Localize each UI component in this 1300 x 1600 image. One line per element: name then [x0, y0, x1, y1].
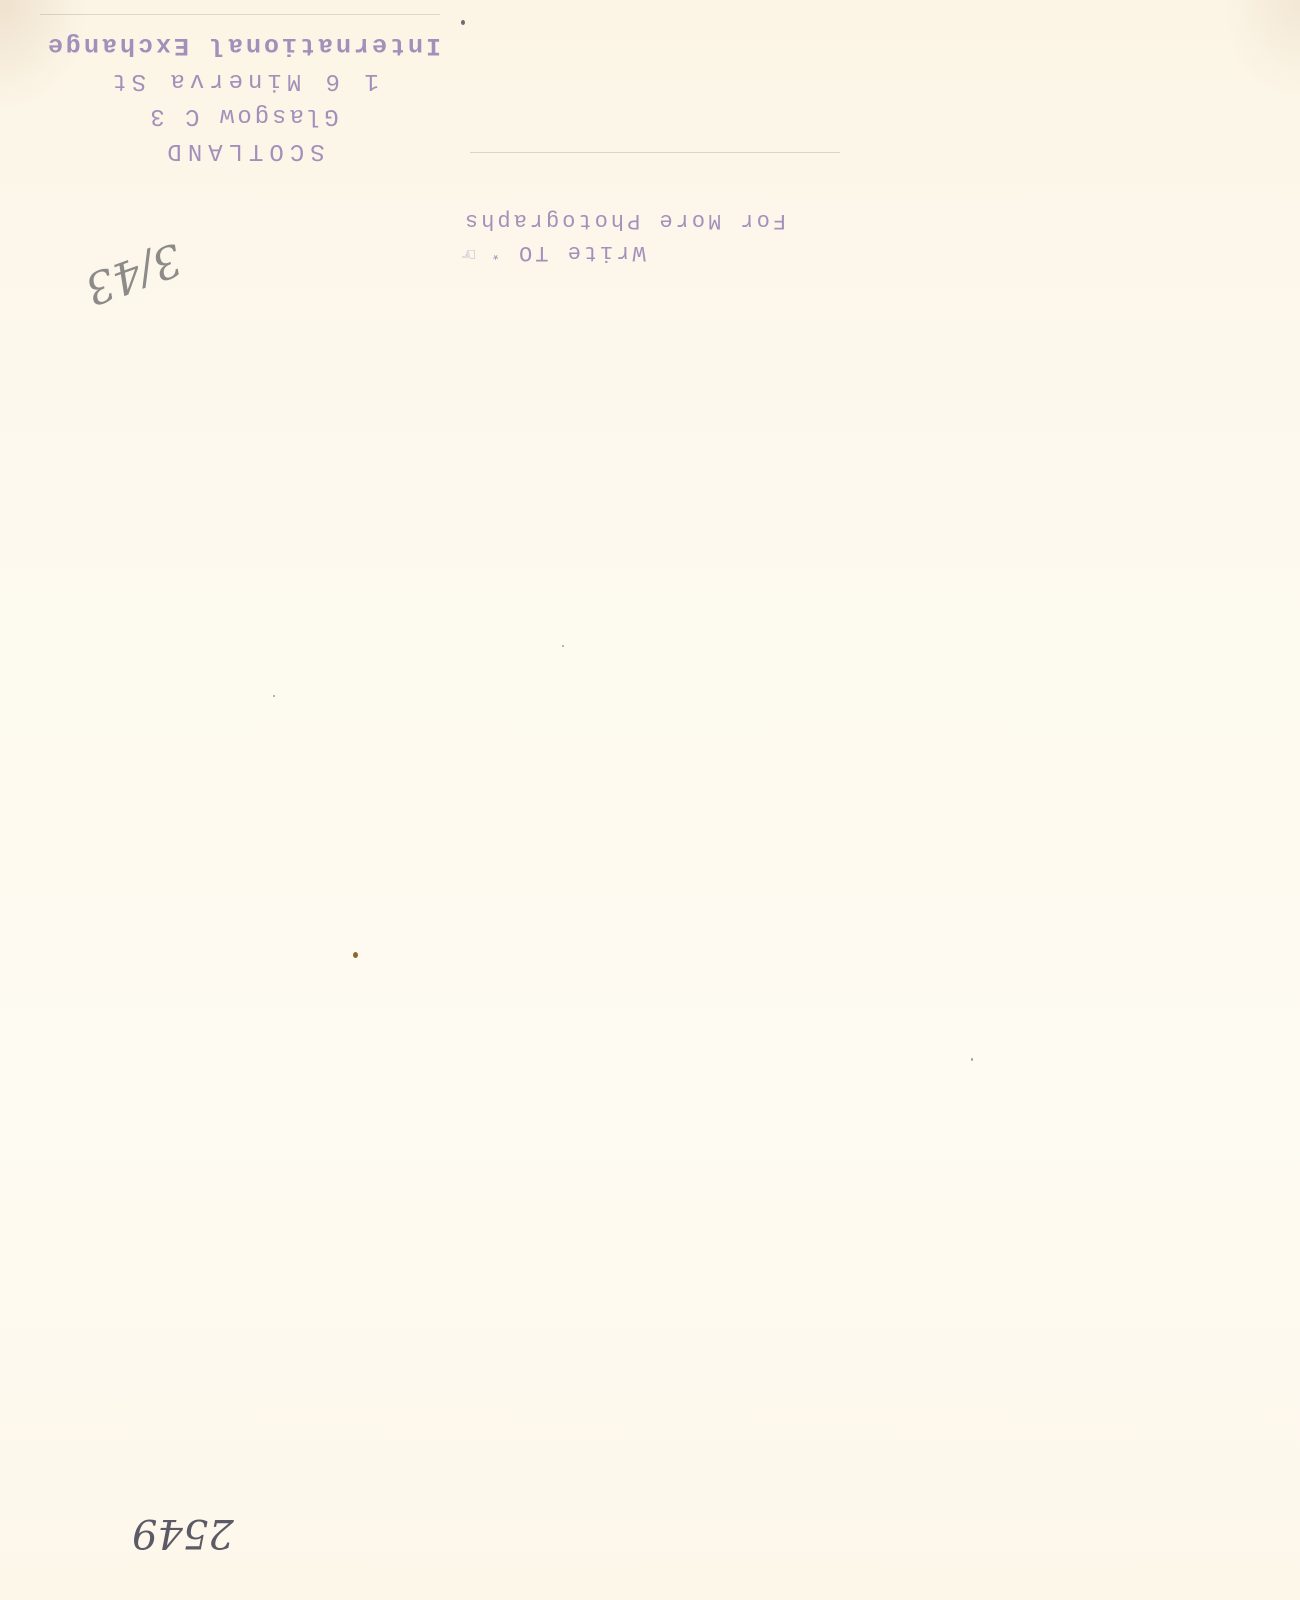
paper-speck	[971, 1058, 973, 1061]
address-line-city: Glasgow C 3	[28, 98, 458, 133]
address-line-country: SCOTLAND	[28, 133, 458, 168]
address-line-street: 1 6 Minerva St	[28, 63, 458, 98]
promo-line-1: For More Photographs	[462, 204, 842, 236]
paper-speck	[562, 645, 564, 647]
pencil-note-top: 3/43	[78, 233, 188, 315]
photo-back: SCOTLAND Glasgow C 3 1 6 Minerva St Inte…	[0, 0, 1300, 1600]
paper-speck	[353, 952, 358, 958]
promo-line-2: Write TO * ☞	[462, 236, 842, 269]
pointing-hand-icon: ☞	[462, 236, 475, 268]
promo-stamp: Write TO * ☞ For More Photographs	[462, 204, 842, 269]
faint-edge-line	[40, 14, 440, 15]
pencil-note-bottom: 2549	[132, 1510, 234, 1556]
paper-speck	[461, 20, 465, 25]
faint-edge-line	[470, 152, 840, 153]
promo-write-to: Write TO	[516, 240, 646, 265]
star-icon: *	[491, 245, 499, 261]
paper-speck	[273, 695, 275, 697]
address-stamp: SCOTLAND Glasgow C 3 1 6 Minerva St Inte…	[28, 28, 458, 168]
address-line-company: International Exchange	[28, 28, 458, 63]
